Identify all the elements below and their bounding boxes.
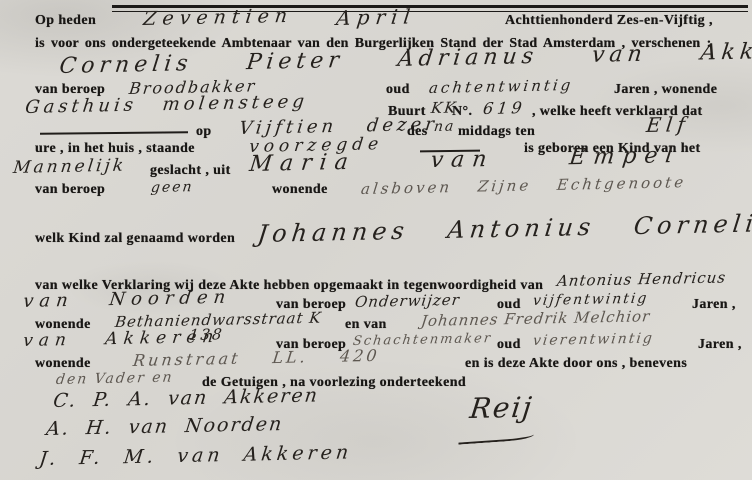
printed-op-heden: Op heden (35, 13, 96, 29)
printed-ure-huis: ure , in het huis , staande (35, 141, 195, 157)
handwritten-hour: Elf (645, 112, 691, 137)
handwritten-mother-wonende: alsboven Zijne Echtgenoote (360, 173, 687, 198)
printed-jaren-4: Jaren , (698, 337, 742, 353)
handwritten-witness1-beroep: Onderwijzer (354, 291, 461, 311)
handwritten-day: Zeventien (142, 5, 294, 30)
handwritten-geslacht: Mannelijk (12, 156, 127, 178)
handwritten-house-no: 619 (482, 98, 527, 118)
handwritten-month: April (335, 4, 417, 30)
filler-dash (40, 131, 188, 135)
signature-declarant: C. P. A. van Akkeren (52, 384, 320, 412)
printed-akte-door-ons: en is deze Akte door ons , benevens (465, 356, 687, 372)
handwritten-mother-beroep: geen (150, 179, 194, 196)
handwritten-na: na (433, 119, 456, 135)
printed-wonende-4: wonende (35, 356, 91, 372)
handwritten-witness2-address: Runstraat LL. 420 (132, 346, 381, 370)
signature-witness1: A. H. van Noorden (45, 413, 285, 440)
handwritten-witness2-age: vierentwintig (532, 330, 655, 349)
printed-en-van: en van (345, 317, 387, 333)
handwritten-child-name: Johannes Antonius Cornelis (256, 209, 752, 248)
printed-year: Achttienhonderd Zes-en-Vijftig , (505, 13, 713, 29)
printed-des: des (407, 124, 428, 140)
printed-oud-1: oud (386, 82, 410, 98)
handwritten-witness2-last: van Akkeren (22, 327, 221, 351)
printed-welk-kind: welk Kind zal genaamd worden (35, 231, 235, 247)
handwritten-witness2-first: Johannes Fredrik Melchior (420, 307, 651, 330)
printed-jaren-3: Jaren , (692, 297, 736, 313)
handwritten-witness1-age: vijfentwintig (532, 291, 649, 309)
handwritten-declarant-age: achtentwintig (428, 76, 574, 97)
signature-witness2: J. F. M. van Akkeren (38, 441, 354, 470)
printed-geslacht-uit: geslacht , uit (150, 163, 231, 179)
printed-oud-4: oud (497, 337, 521, 353)
signature-official-flourish (458, 429, 535, 444)
printed-op: op (196, 124, 212, 140)
signature-official: Reij (468, 391, 535, 425)
printed-middags-ten: middags ten (458, 124, 535, 140)
printed-van-beroep-2: van beroep (35, 182, 105, 198)
handwritten-vader-en: den Vader en (55, 369, 174, 388)
printed-wonende-2: wonende (272, 182, 328, 198)
printed-jaren-wonende: Jaren , wonende (614, 82, 717, 98)
handwritten-witness1-first: Antonius Hendricus (556, 268, 727, 290)
birth-certificate-scan: Op heden Zeventien April Achttienhonderd… (0, 0, 752, 480)
handwritten-witness1-last: van Noorden (22, 287, 232, 312)
